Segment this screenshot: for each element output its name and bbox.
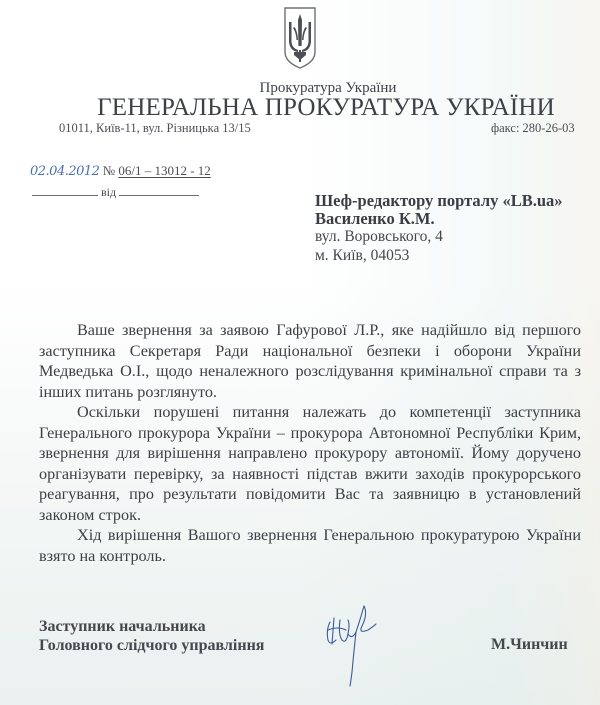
recipient-position: Шеф-редактору порталу «LB.ua»: [315, 192, 563, 210]
from-label: від: [101, 185, 116, 199]
registration-from-line: від: [32, 185, 199, 200]
letter-body: Ваше звернення за заявою Гафурової Л.Р.,…: [39, 320, 581, 566]
body-paragraph: Хід вирішення Вашого звернення Генеральн…: [39, 525, 581, 566]
handwritten-signature-icon: [318, 600, 378, 690]
organization-title: ГЕНЕРАЛЬНА ПРОКУРАТУРА УКРАЇНИ: [26, 94, 600, 122]
number-label: №: [103, 163, 115, 178]
handwritten-date: 02.04.2012: [30, 164, 99, 179]
organization-address: 01011, Київ-11, вул. Різницька 13/15: [59, 121, 251, 136]
signatory-title: Заступник начальника Головного слідчого …: [39, 617, 264, 655]
signatory-name: М.Чинчин: [491, 636, 568, 654]
body-paragraph: Оскільки порушені питання належать до ко…: [39, 402, 581, 525]
recipient-city: м. Київ, 04053: [315, 247, 563, 266]
recipient-block: Шеф-редактору порталу «LB.ua» Василенко …: [315, 192, 563, 265]
recipient-name: Василенко К.М.: [315, 210, 563, 228]
signatory-title-line: Головного слідчого управління: [39, 636, 264, 655]
organization-fax: факс: 280-26-03: [491, 121, 575, 136]
recipient-street: вул. Воровського, 4: [315, 228, 563, 247]
blank-field: [119, 185, 199, 196]
registration-number-line: 02.04.2012 № 06/1 – 13012 - 12: [30, 163, 211, 179]
signatory-title-line: Заступник начальника: [39, 617, 264, 636]
outgoing-number: 06/1 – 13012 - 12: [118, 163, 210, 178]
body-paragraph: Ваше звернення за заявою Гафурової Л.Р.,…: [39, 320, 581, 402]
trident-coat-of-arms-icon: [283, 6, 317, 70]
blank-field: [32, 185, 98, 196]
